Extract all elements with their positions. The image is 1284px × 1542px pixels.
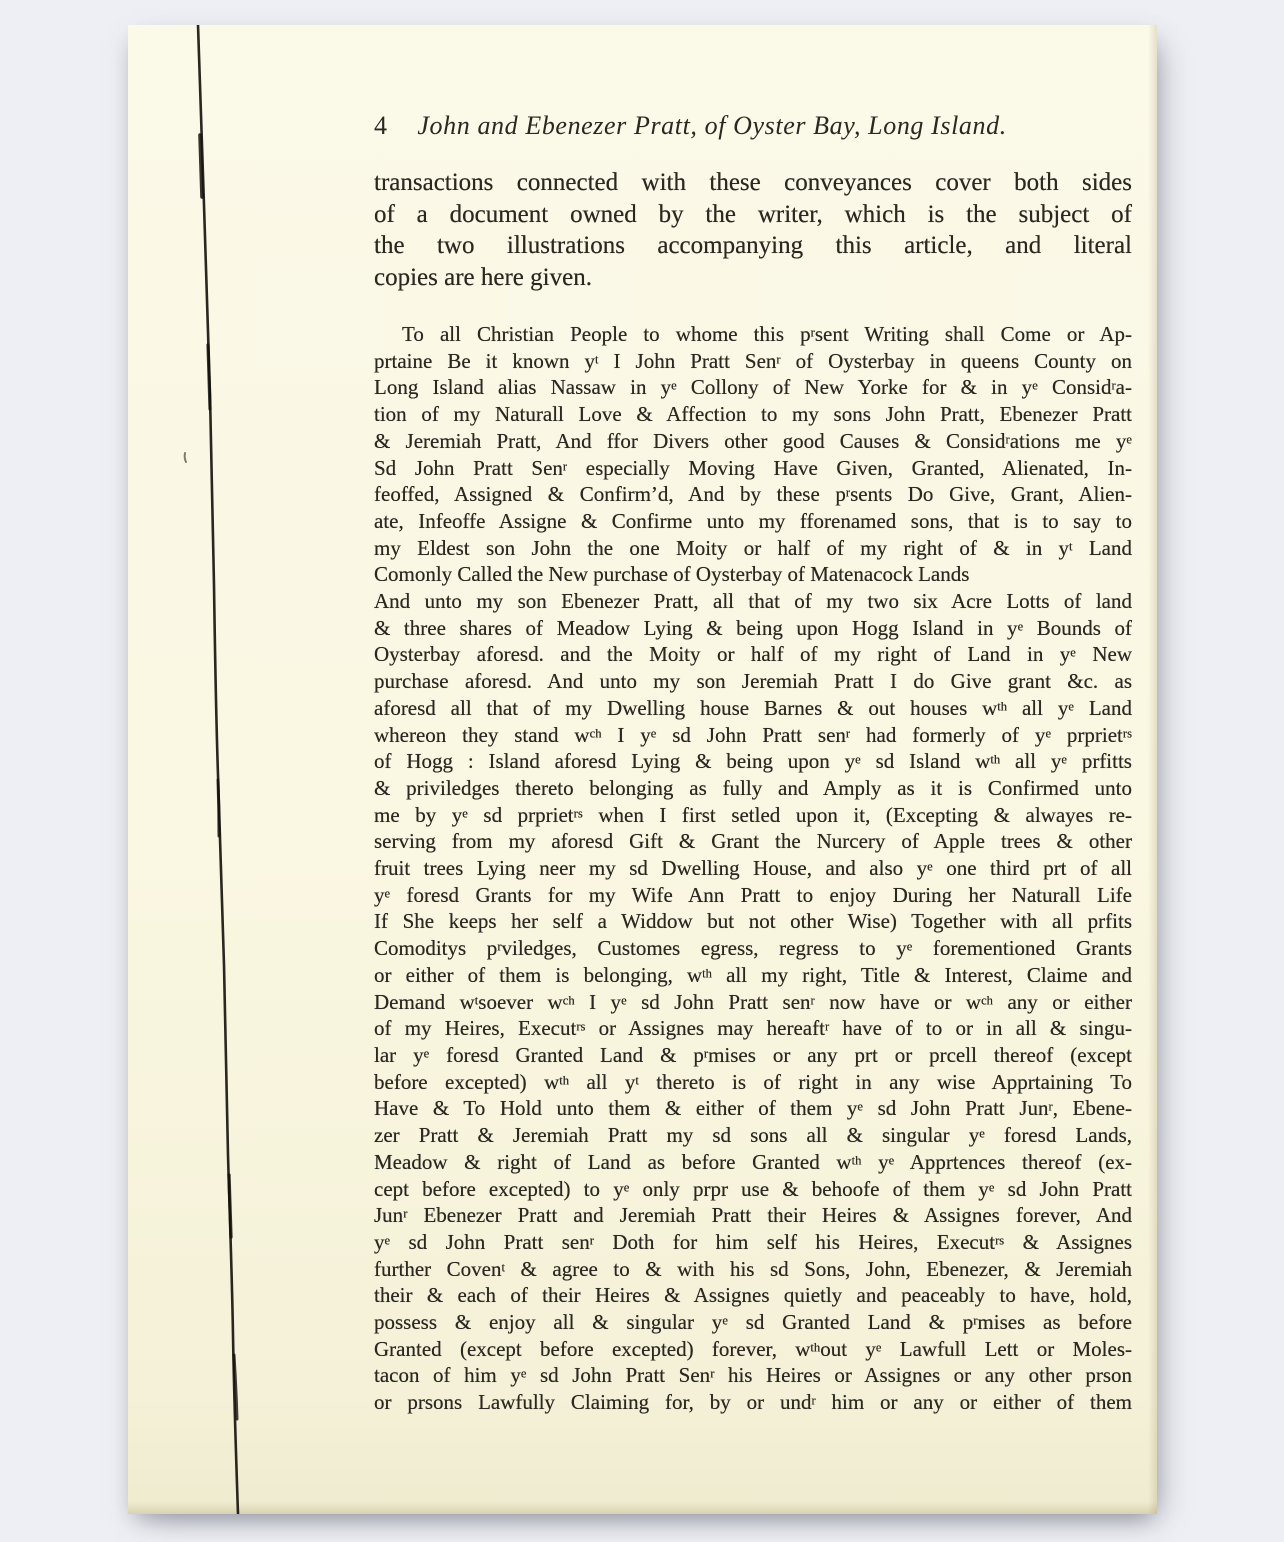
text-line: ye foresd Grants for my Wife Ann Pratt t… [374,882,1132,909]
text-line: Junr Ebenezer Pratt and Jeremiah Pratt t… [374,1202,1132,1229]
text-line: transactions connected with these convey… [374,167,1132,199]
text-line: my Eldest son John the one Moity or half… [374,535,1132,562]
text-line: copies are here given. [374,262,1132,294]
text-line: Oysterbay aforesd. and the Moity or half… [374,641,1132,668]
text-line: ate, Infeoffe Assigne & Confirme unto my… [374,508,1132,535]
text-line: of my Heires, Executrs or Assignes may h… [374,1015,1132,1042]
book-gutter-crease [128,25,258,1514]
text-line: whereon they stand wch I ye sd John Prat… [374,722,1132,749]
text-line: And unto my son Ebenezer Pratt, all that… [374,588,1132,615]
scan-speck [185,453,186,462]
book-page: 4 John and Ebenezer Pratt, of Oyster Bay… [128,25,1157,1514]
text-line: purchase aforesd. And unto my son Jeremi… [374,668,1132,695]
text-line: possess & enjoy all & singular ye sd Gra… [374,1309,1132,1336]
intro-paragraph: transactions connected with these convey… [374,167,1132,293]
running-title: John and Ebenezer Pratt, of Oyster Bay, … [417,111,1006,141]
text-line: fruit trees Lying neer my sd Dwelling Ho… [374,855,1132,882]
text-line: & priviledges thereto belonging as fully… [374,775,1132,802]
text-line: zer Pratt & Jeremiah Pratt my sd sons al… [374,1122,1132,1149]
deed-paragraph: To all Christian People to whome this pr… [374,321,1132,1416]
text-line: tion of my Naturall Love & Affection to … [374,401,1132,428]
text-line: Have & To Hold unto them & either of the… [374,1095,1132,1122]
text-line: If She keeps her self a Widdow but not o… [374,908,1132,935]
text-line: Sd John Pratt Senr especially Moving Hav… [374,455,1132,482]
text-line: me by ye sd prprietrs when I first setle… [374,802,1132,829]
text-line: the two illustrations accompanying this … [374,230,1132,262]
text-line: prtaine Be it known yt I John Pratt Senr… [374,348,1132,375]
text-line: before excepted) wth all yt thereto is o… [374,1069,1132,1096]
text-line: feoffed, Assigned & Confirm’d, And by th… [374,481,1132,508]
text-line: ye sd John Pratt senr Doth for him self … [374,1229,1132,1256]
text-line: aforesd all that of my Dwelling house Ba… [374,695,1132,722]
text-line: Comoditys prviledges, Customes egress, r… [374,935,1132,962]
text-line: & Jeremiah Pratt, And ffor Divers other … [374,428,1132,455]
text-line: their & each of their Heires & Assignes … [374,1282,1132,1309]
text-line: Demand wtsoever wch I ye sd John Pratt s… [374,989,1132,1016]
text-line: cept before excepted) to ye only prpr us… [374,1176,1132,1203]
scan-canvas: 4 John and Ebenezer Pratt, of Oyster Bay… [0,0,1284,1542]
text-line: Long Island alias Nassaw in ye Collony o… [374,374,1132,401]
text-line: To all Christian People to whome this pr… [374,321,1132,348]
page-number: 4 [374,111,387,141]
text-line: of a document owned by the writer, which… [374,199,1132,231]
text-line: or prsons Lawfully Claiming for, by or u… [374,1389,1132,1416]
text-line: tacon of him ye sd John Pratt Senr his H… [374,1362,1132,1389]
text-line: Granted (except before excepted) forever… [374,1336,1132,1363]
text-line: of Hogg : Island aforesd Lying & being u… [374,748,1132,775]
page-header: 4 John and Ebenezer Pratt, of Oyster Bay… [374,111,1132,141]
text-line: & three shares of Meadow Lying & being u… [374,615,1132,642]
text-line: lar ye foresd Granted Land & prmises or … [374,1042,1132,1069]
text-line: Comonly Called the New purchase of Oyste… [374,561,1132,588]
text-line: serving from my aforesd Gift & Grant the… [374,828,1132,855]
text-line: or either of them is belonging, wth all … [374,962,1132,989]
text-line: further Covent & agree to & with his sd … [374,1256,1132,1283]
text-line: Meadow & right of Land as before Granted… [374,1149,1132,1176]
